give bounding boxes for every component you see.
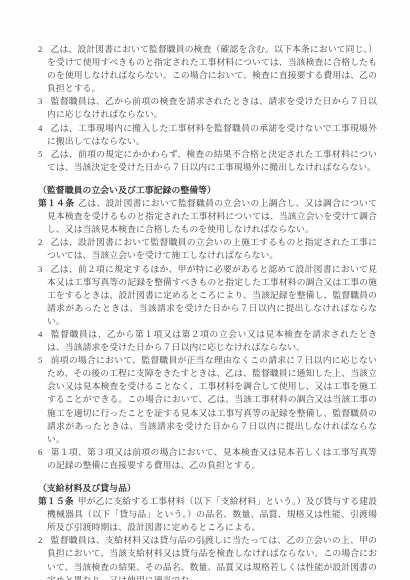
clause-number: 第１５条 <box>38 496 74 506</box>
clause-number: 3 <box>38 96 43 106</box>
clause-number: 5 <box>38 355 43 365</box>
clause-text: 乙は、設計図書において監督職員の検査（確認を含む。以下本条において同じ。）を受け… <box>47 44 377 93</box>
clause-text: 甲が乙に支給する工事材料（以下「支給材料」という。）及び貸与する建設機械器具（以… <box>47 496 377 532</box>
page-number: 6 <box>0 538 410 547</box>
clause-number: 2 <box>38 237 43 247</box>
clause-number: 6 <box>38 447 43 457</box>
clause-paragraph: 3乙は、前２項に規定するほか、甲が特に必要があると認めて設計図書において見本又は… <box>38 263 377 328</box>
clause-number: 第１４条 <box>38 198 74 208</box>
clause-text: 第１項、第３項又は前項の場合において、見本検査又は見本若しくは工事写真等の記録の… <box>47 447 377 470</box>
section-heading: （監督職員の立会い及び工事記録の整備等） <box>38 184 377 197</box>
document-section: （監督職員の立会い及び工事記録の整備等）第１４条乙は、設計図書において監督職員の… <box>38 184 377 472</box>
clause-paragraph: 5前項の場合において、監督職員が正当な理由なくこの請求に７日以内に応じないため、… <box>38 354 377 446</box>
clause-number: 2 <box>38 44 43 54</box>
document-content: 2乙は、設計図書において監督職員の検査（確認を含む。以下本条において同じ。）を受… <box>38 43 377 580</box>
clause-text: 乙は、設計図書において監督職員の立会いの上施工するものと指定された工事については… <box>47 237 377 260</box>
document-section: （支給材料及び貸与品）第１５条甲が乙に支給する工事材料（以下「支給材料」という。… <box>38 482 377 580</box>
clause-paragraph: 第１４条乙は、設計図書において監督職員の立会いの上調合し、又は調合について見本検… <box>38 197 377 236</box>
clause-text: 乙は、前２項に規定するほか、甲が特に必要があると認めて設計図書において見本又は工… <box>47 264 377 326</box>
clause-number: 5 <box>38 149 43 159</box>
clause-text: 前項の場合において、監督職員が正当な理由なくこの請求に７日以内に応じないため、そ… <box>47 355 377 444</box>
clause-text: 乙は、設計図書において監督職員の立会いの上調合し、又は調合について見本検査を受け… <box>47 198 377 234</box>
clause-number: 4 <box>38 123 43 133</box>
clause-number: 3 <box>38 264 43 274</box>
clause-paragraph: 6第１項、第３項又は前項の場合において、見本検査又は見本若しくは工事写真等の記録… <box>38 446 377 472</box>
document-section: 2乙は、設計図書において監督職員の検査（確認を含む。以下本条において同じ。）を受… <box>38 43 377 174</box>
section-heading: （支給材料及び貸与品） <box>38 482 377 495</box>
clause-paragraph: 3監督職員は、乙から前項の検査を請求されたときは、請求を受けた日から７日以内に応… <box>38 95 377 121</box>
clause-paragraph: 2乙は、設計図書において監督職員の検査（確認を含む。以下本条において同じ。）を受… <box>38 43 377 95</box>
clause-text: 監督職員は、乙から第１項又は第２項の立会い又は見本検査を請求されたときは、当該請… <box>47 329 377 352</box>
clause-paragraph: 5乙は、前項の規定にかかわらず、検査の結果不合格と決定された工事材料については、… <box>38 148 377 174</box>
clause-paragraph: 第１５条甲が乙に支給する工事材料（以下「支給材料」という。）及び貸与する建設機械… <box>38 495 377 534</box>
clause-text: 監督職員は、乙から前項の検査を請求されたときは、請求を受けた日から７日以内に応じ… <box>47 96 377 119</box>
clause-number: 4 <box>38 329 43 339</box>
clause-text: 乙は、前項の規定にかかわらず、検査の結果不合格と決定された工事材料については、当… <box>47 149 377 172</box>
clause-paragraph: 4乙は、工事現場内に搬入した工事材料を監督職員の承諾を受けないで工事現場外に搬出… <box>38 122 377 148</box>
clause-text: 乙は、工事現場内に搬入した工事材料を監督職員の承諾を受けないで工事現場外に搬出し… <box>47 123 377 146</box>
clause-paragraph: 2乙は、設計図書において監督職員の立会いの上施工するものと指定された工事について… <box>38 236 377 262</box>
document-page: 2乙は、設計図書において監督職員の検査（確認を含む。以下本条において同じ。）を受… <box>0 0 410 580</box>
clause-paragraph: 4監督職員は、乙から第１項又は第２項の立会い又は見本検査を請求されたときは、当該… <box>38 328 377 354</box>
